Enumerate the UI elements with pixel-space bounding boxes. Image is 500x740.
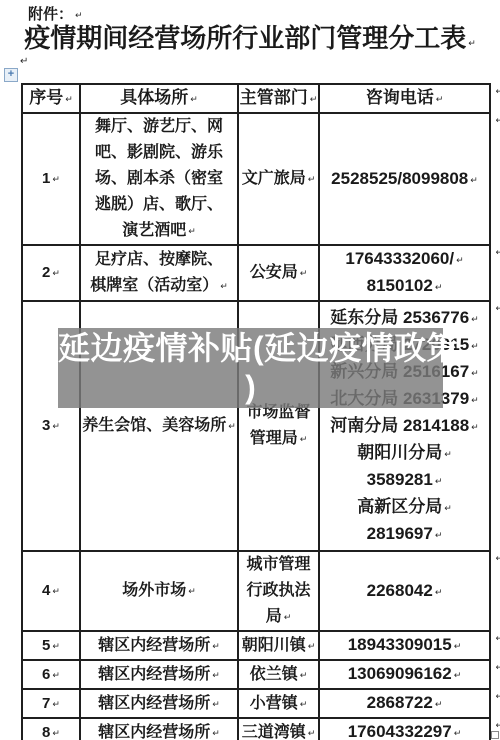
table-row: 5↵ 辖区内经营场所↵ 朝阳川镇↵ 18943309015↵ ↵ <box>22 631 490 660</box>
table-row: 1↵ 舞厅、游艺厅、网吧、影剧院、游乐场、剧本杀（密室逃脱）店、歌厅、演艺酒吧↵… <box>22 113 490 245</box>
cell-phone-6: 13069096162↵ ↵ <box>319 660 490 689</box>
row-end-mark-icon: ↵ <box>495 720 500 731</box>
watermark-text-line1: 延边疫情补贴(延边疫情政策 <box>58 328 443 368</box>
cell-place-1: 舞厅、游艺厅、网吧、影剧院、游乐场、剧本杀（密室逃脱）店、歌厅、演艺酒吧↵ <box>80 113 238 245</box>
row-end-mark-icon: ↵ <box>495 553 500 564</box>
management-table: 序号↵ 具体场所↵ 主管部门↵ 咨询电话↵ ↵ 1↵ 舞厅、游艺厅、网吧、影剧院… <box>21 83 491 740</box>
cell-phone-7: 2868722↵ ↵ <box>319 689 490 718</box>
cell-dept-2: 公安局↵ <box>238 245 319 301</box>
cell-dept-4: 城市管理行政执法局↵ <box>238 551 319 631</box>
row-end-mark-icon: ↵ <box>495 303 500 314</box>
cell-phone-8: 17604332297↵ ↵ <box>319 718 490 740</box>
page-title: 疫情期间经营场所行业部门管理分工表↵ <box>0 18 500 55</box>
watermark-overlay: 延边疫情补贴(延边疫情政策 ) <box>58 328 443 408</box>
cell-place-2: 足疗店、按摩院、棋牌室（活动室）↵ <box>80 245 238 301</box>
cell-place-5: 辖区内经营场所↵ <box>80 631 238 660</box>
cell-place-7: 辖区内经营场所↵ <box>80 689 238 718</box>
cell-no-1: 1↵ <box>22 113 80 245</box>
row-end-mark-icon: ↵ <box>495 633 500 644</box>
header-cell-place: 具体场所↵ <box>80 84 238 113</box>
table-row: 8↵ 辖区内经营场所↵ 三道湾镇↵ 17604332297↵ ↵ <box>22 718 490 740</box>
cell-no-6: 6↵ <box>22 660 80 689</box>
cell-no-7: 7↵ <box>22 689 80 718</box>
row-end-mark-icon: ↵ <box>495 86 500 97</box>
cell-dept-5: 朝阳川镇↵ <box>238 631 319 660</box>
cell-dept-6: 依兰镇↵ <box>238 660 319 689</box>
table-row: 6↵ 辖区内经营场所↵ 依兰镇↵ 13069096162↵ ↵ <box>22 660 490 689</box>
cell-phone-1: 2528525/8099808↵ ↵ <box>319 113 490 245</box>
paragraph-mark-icon: ↵ <box>20 56 28 67</box>
cell-no-4: 4↵ <box>22 551 80 631</box>
row-end-mark-icon: ↵ <box>495 691 500 702</box>
table-move-handle-icon[interactable]: + <box>4 68 18 82</box>
header-cell-phone: 咨询电话↵ ↵ <box>319 84 490 113</box>
cell-phone-5: 18943309015↵ ↵ <box>319 631 490 660</box>
table-header-row: 序号↵ 具体场所↵ 主管部门↵ 咨询电话↵ ↵ <box>22 84 490 113</box>
table-row: 7↵ 辖区内经营场所↵ 小营镇↵ 2868722↵ ↵ <box>22 689 490 718</box>
cell-no-2: 2↵ <box>22 245 80 301</box>
table-row: 4↵ 场外市场↵ 城市管理行政执法局↵ 2268042↵ ↵ <box>22 551 490 631</box>
watermark-text-line2: ) <box>58 368 443 406</box>
cell-place-4: 场外市场↵ <box>80 551 238 631</box>
cell-no-8: 8↵ <box>22 718 80 740</box>
cell-no-5: 5↵ <box>22 631 80 660</box>
cell-dept-1: 文广旅局↵ <box>238 113 319 245</box>
cell-place-6: 辖区内经营场所↵ <box>80 660 238 689</box>
row-end-mark-icon: ↵ <box>495 115 500 126</box>
cell-phone-4: 2268042↵ ↵ <box>319 551 490 631</box>
table-resize-handle[interactable] <box>491 731 499 739</box>
cell-place-8: 辖区内经营场所↵ <box>80 718 238 740</box>
table-row: 2↵ 足疗店、按摩院、棋牌室（活动室）↵ 公安局↵ 17643332060/↵8… <box>22 245 490 301</box>
row-end-mark-icon: ↵ <box>495 247 500 258</box>
header-cell-no: 序号↵ <box>22 84 80 113</box>
cell-dept-8: 三道湾镇↵ <box>238 718 319 740</box>
cell-phone-2: 17643332060/↵8150102↵ ↵ <box>319 245 490 301</box>
cell-dept-7: 小营镇↵ <box>238 689 319 718</box>
header-cell-dept: 主管部门↵ <box>238 84 319 113</box>
paragraph-mark-icon: ↵ <box>468 38 476 48</box>
row-end-mark-icon: ↵ <box>495 662 500 673</box>
